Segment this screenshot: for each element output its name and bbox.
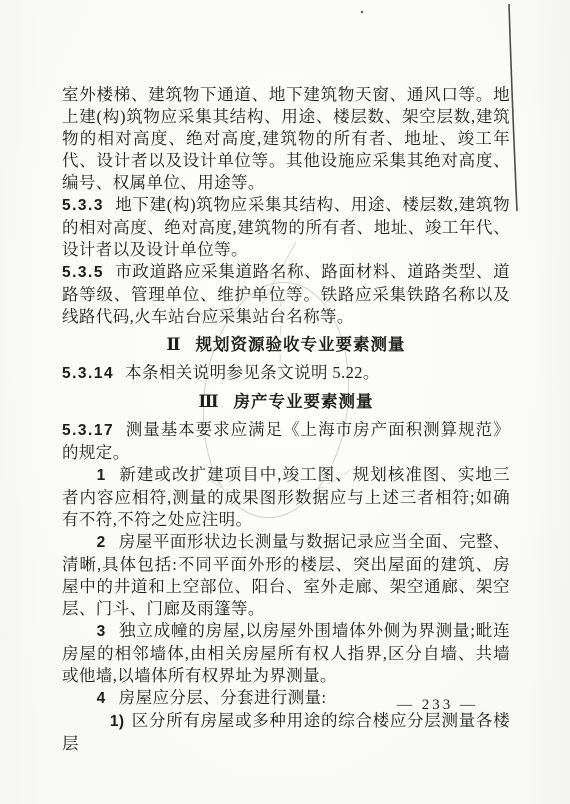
clause-number: 1) [110,713,125,730]
page-number-text: — 233 — [397,697,478,713]
paragraph-text: 房屋平面形状边长测量与数据记录应当全面、完整、清晰,具体包括:不同平面外形的楼层… [62,532,510,618]
clause-5314: 5.3.14本条相关说明参见条文说明 5.22。 [62,362,510,385]
paragraph-text: 本条相关说明参见条文说明 5.22。 [125,363,380,382]
paragraph-text: 室外楼梯、建筑物下通道、地下建筑物天窗、通风口等。地上建(构)筑物应采集其结构、… [62,85,510,192]
clause-number: 5.3.14 [62,365,114,382]
paragraph-text: 新建或改扩建项目中,竣工图、规划核准图、实地三者内容应相符,测量的成果图形数据应… [62,465,510,529]
paragraph-text: 区分所有房屋或多种用途的综合楼应分层测量各楼层 [62,711,510,753]
paragraph-text: 市政道路应采集道路名称、路面材料、道路类型、道路等级、管理单位、维护单位等。铁路… [62,262,510,326]
clause-number: 4 [97,690,106,707]
page-number: — 233 — [397,697,478,714]
paragraph-text: 测量基本要求应满足《上海市房产面积测算规范》的规定。 [62,420,510,462]
item-1: 1新建或改扩建项目中,竣工图、规划核准图、实地三者内容应相符,测量的成果图形数据… [62,464,510,531]
text-block: 室外楼梯、建筑物下通道、地下建筑物天窗、通风口等。地上建(构)筑物应采集其结构、… [62,84,510,755]
document-page: 室外楼梯、建筑物下通道、地下建筑物天窗、通风口等。地上建(构)筑物应采集其结构、… [0,0,570,804]
heading-Ⅲ: Ⅲ房产专业要素测量 [62,391,510,413]
subitem-1): 1)区分所有房屋或多种用途的综合楼应分层测量各楼层 [62,710,510,755]
clause-5317: 5.3.17测量基本要求应满足《上海市房产面积测算规范》的规定。 [62,419,510,464]
clause-number: 3 [97,623,106,640]
clause-number: 5.3.5 [62,264,104,281]
item-3: 3独立成幢的房屋,以房屋外围墙体外侧为界测量;毗连房屋的相邻墙体,由相关房屋所有… [62,620,510,687]
paragraph-text: 房屋应分层、分套进行测量: [119,688,327,707]
heading-Ⅱ: Ⅱ规划资源验收专业要素测量 [62,334,510,356]
paragraph-text: 独立成幢的房屋,以房屋外围墙体外侧为界测量;毗连房屋的相邻墙体,由相关房屋所有权… [62,621,510,685]
clause-533: 5.3.3地下建(构)筑物应采集其结构、用途、楼层数,建筑物的相对高度、绝对高度… [62,194,510,261]
paragraph-text: 规划资源验收专业要素测量 [195,335,405,354]
item-2: 2房屋平面形状边长测量与数据记录应当全面、完整、清晰,具体包括:不同平面外形的楼… [62,531,510,620]
clause-number: 1 [97,467,106,484]
paragraph-text: 地下建(构)筑物应采集其结构、用途、楼层数,建筑物的相对高度、绝对高度,建筑物的… [62,195,510,259]
clause-535: 5.3.5市政道路应采集道路名称、路面材料、道路类型、道路等级、管理单位、维护单… [62,261,510,328]
heading-numeral: Ⅲ [198,392,219,411]
clause-number: 5.3.3 [62,197,104,214]
ink-speck [361,11,364,14]
scan-edge-line [509,4,517,211]
paragraph-text: 房产专业要素测量 [234,392,374,411]
heading-numeral: Ⅱ [167,335,182,354]
clause-number: 5.3.17 [62,422,114,439]
body-paragraph: 室外楼梯、建筑物下通道、地下建筑物天窗、通风口等。地上建(构)筑物应采集其结构、… [62,84,510,194]
clause-number: 2 [97,534,106,551]
